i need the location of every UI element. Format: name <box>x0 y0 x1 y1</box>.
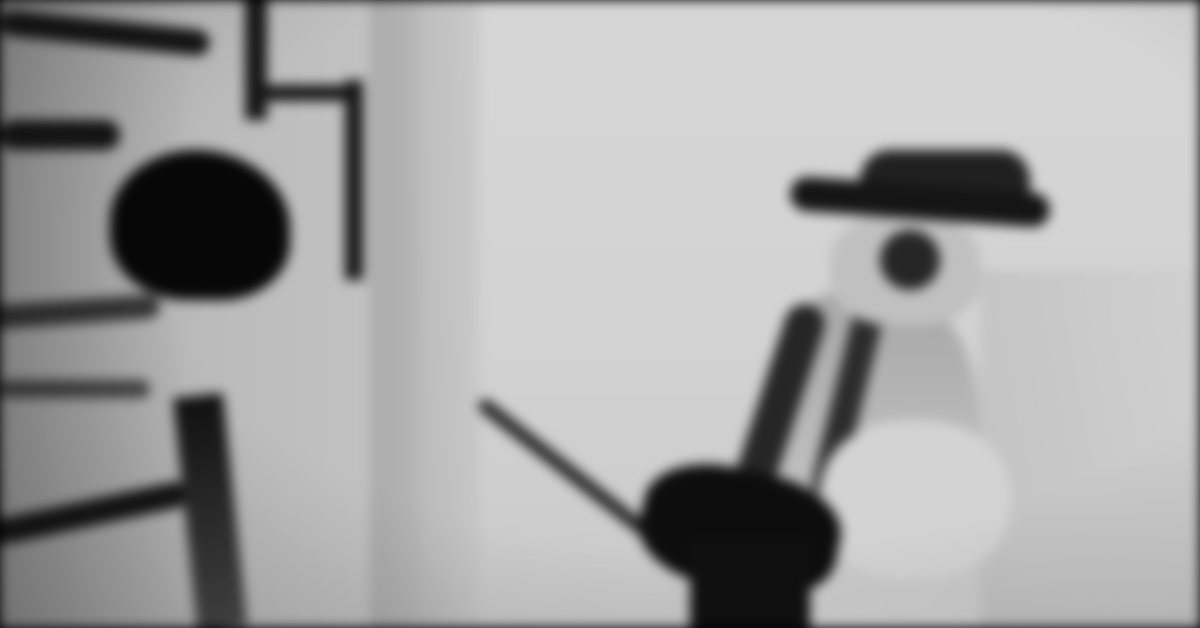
photo-frame: Blurry black-and-white archival film sti… <box>0 0 1200 628</box>
vignette <box>0 0 1200 628</box>
